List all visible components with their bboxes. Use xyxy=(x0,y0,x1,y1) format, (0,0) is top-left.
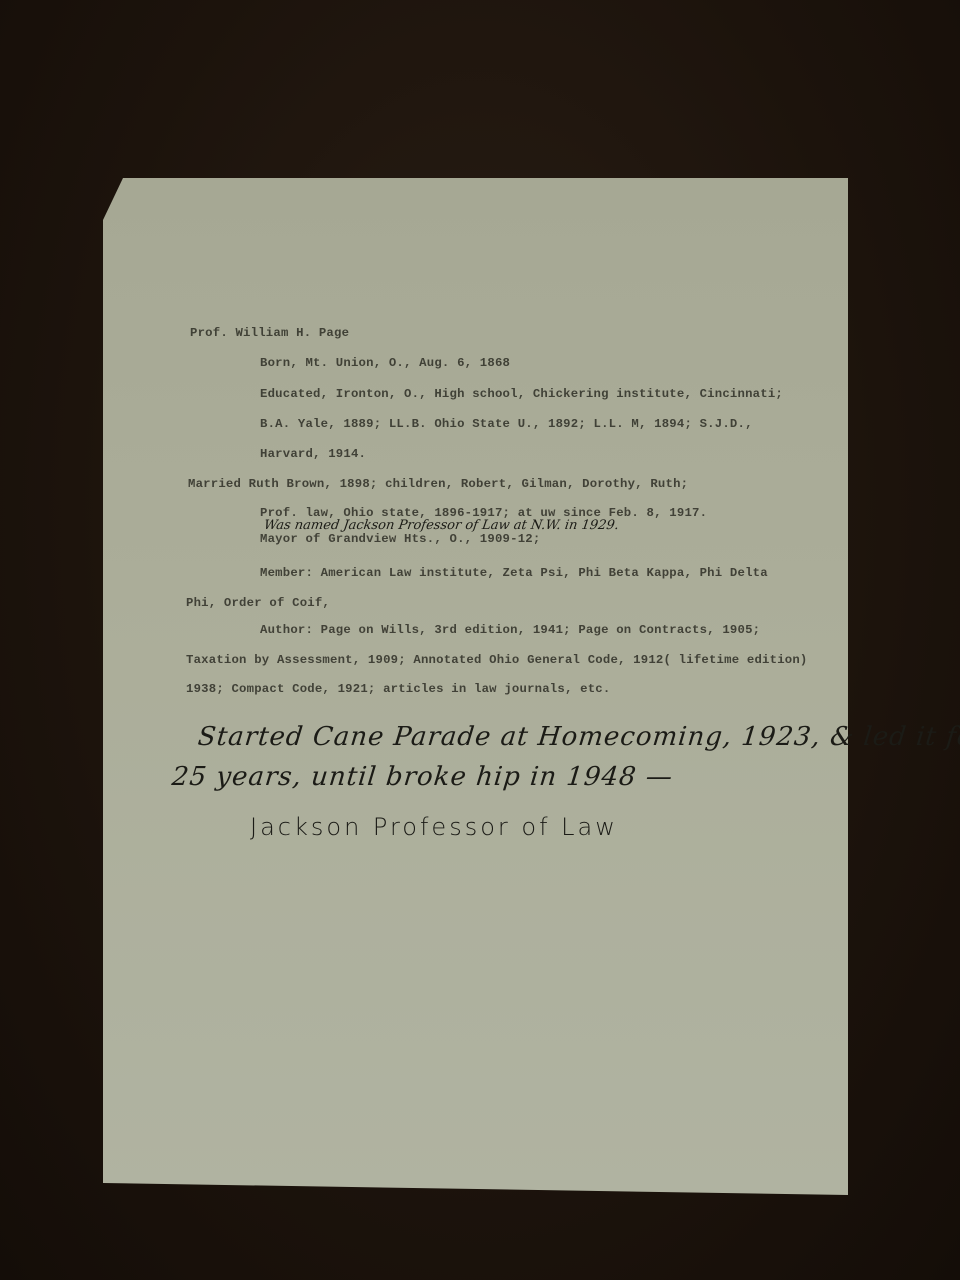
typed-line-degrees: B.A. Yale, 1889; LL.B. Ohio State U., 18… xyxy=(260,417,753,431)
typed-line-name: Prof. William H. Page xyxy=(190,326,349,340)
handwritten-note-line-2: 25 years, until broke hip in 1948 — xyxy=(170,762,674,792)
typed-line-author-1: Author: Page on Wills, 3rd edition, 1941… xyxy=(260,623,760,637)
handwritten-inserted-line: Was named Jackson Professor of Law at N.… xyxy=(263,518,620,533)
typed-line-member-1: Member: American Law institute, Zeta Psi… xyxy=(260,566,768,580)
handwritten-note-line-1: Started Cane Parade at Homecoming, 1923,… xyxy=(196,722,960,752)
typed-line-member-2: Phi, Order of Coif, xyxy=(186,596,330,610)
typed-line-born: Born, Mt. Union, O., Aug. 6, 1868 xyxy=(260,356,510,370)
typed-line-mayor: Mayor of Grandview Hts., O., 1909-12; xyxy=(260,532,540,546)
typed-line-author-2: Taxation by Assessment, 1909; Annotated … xyxy=(186,653,808,667)
handwritten-caption: Jackson Professor of Law xyxy=(250,813,618,841)
typed-line-married: Married Ruth Brown, 1898; children, Robe… xyxy=(188,477,688,491)
typed-line-harvard: Harvard, 1914. xyxy=(260,447,366,461)
typed-line-author-3: 1938; Compact Code, 1921; articles in la… xyxy=(186,682,610,696)
typed-line-educated: Educated, Ironton, O., High school, Chic… xyxy=(260,387,783,401)
